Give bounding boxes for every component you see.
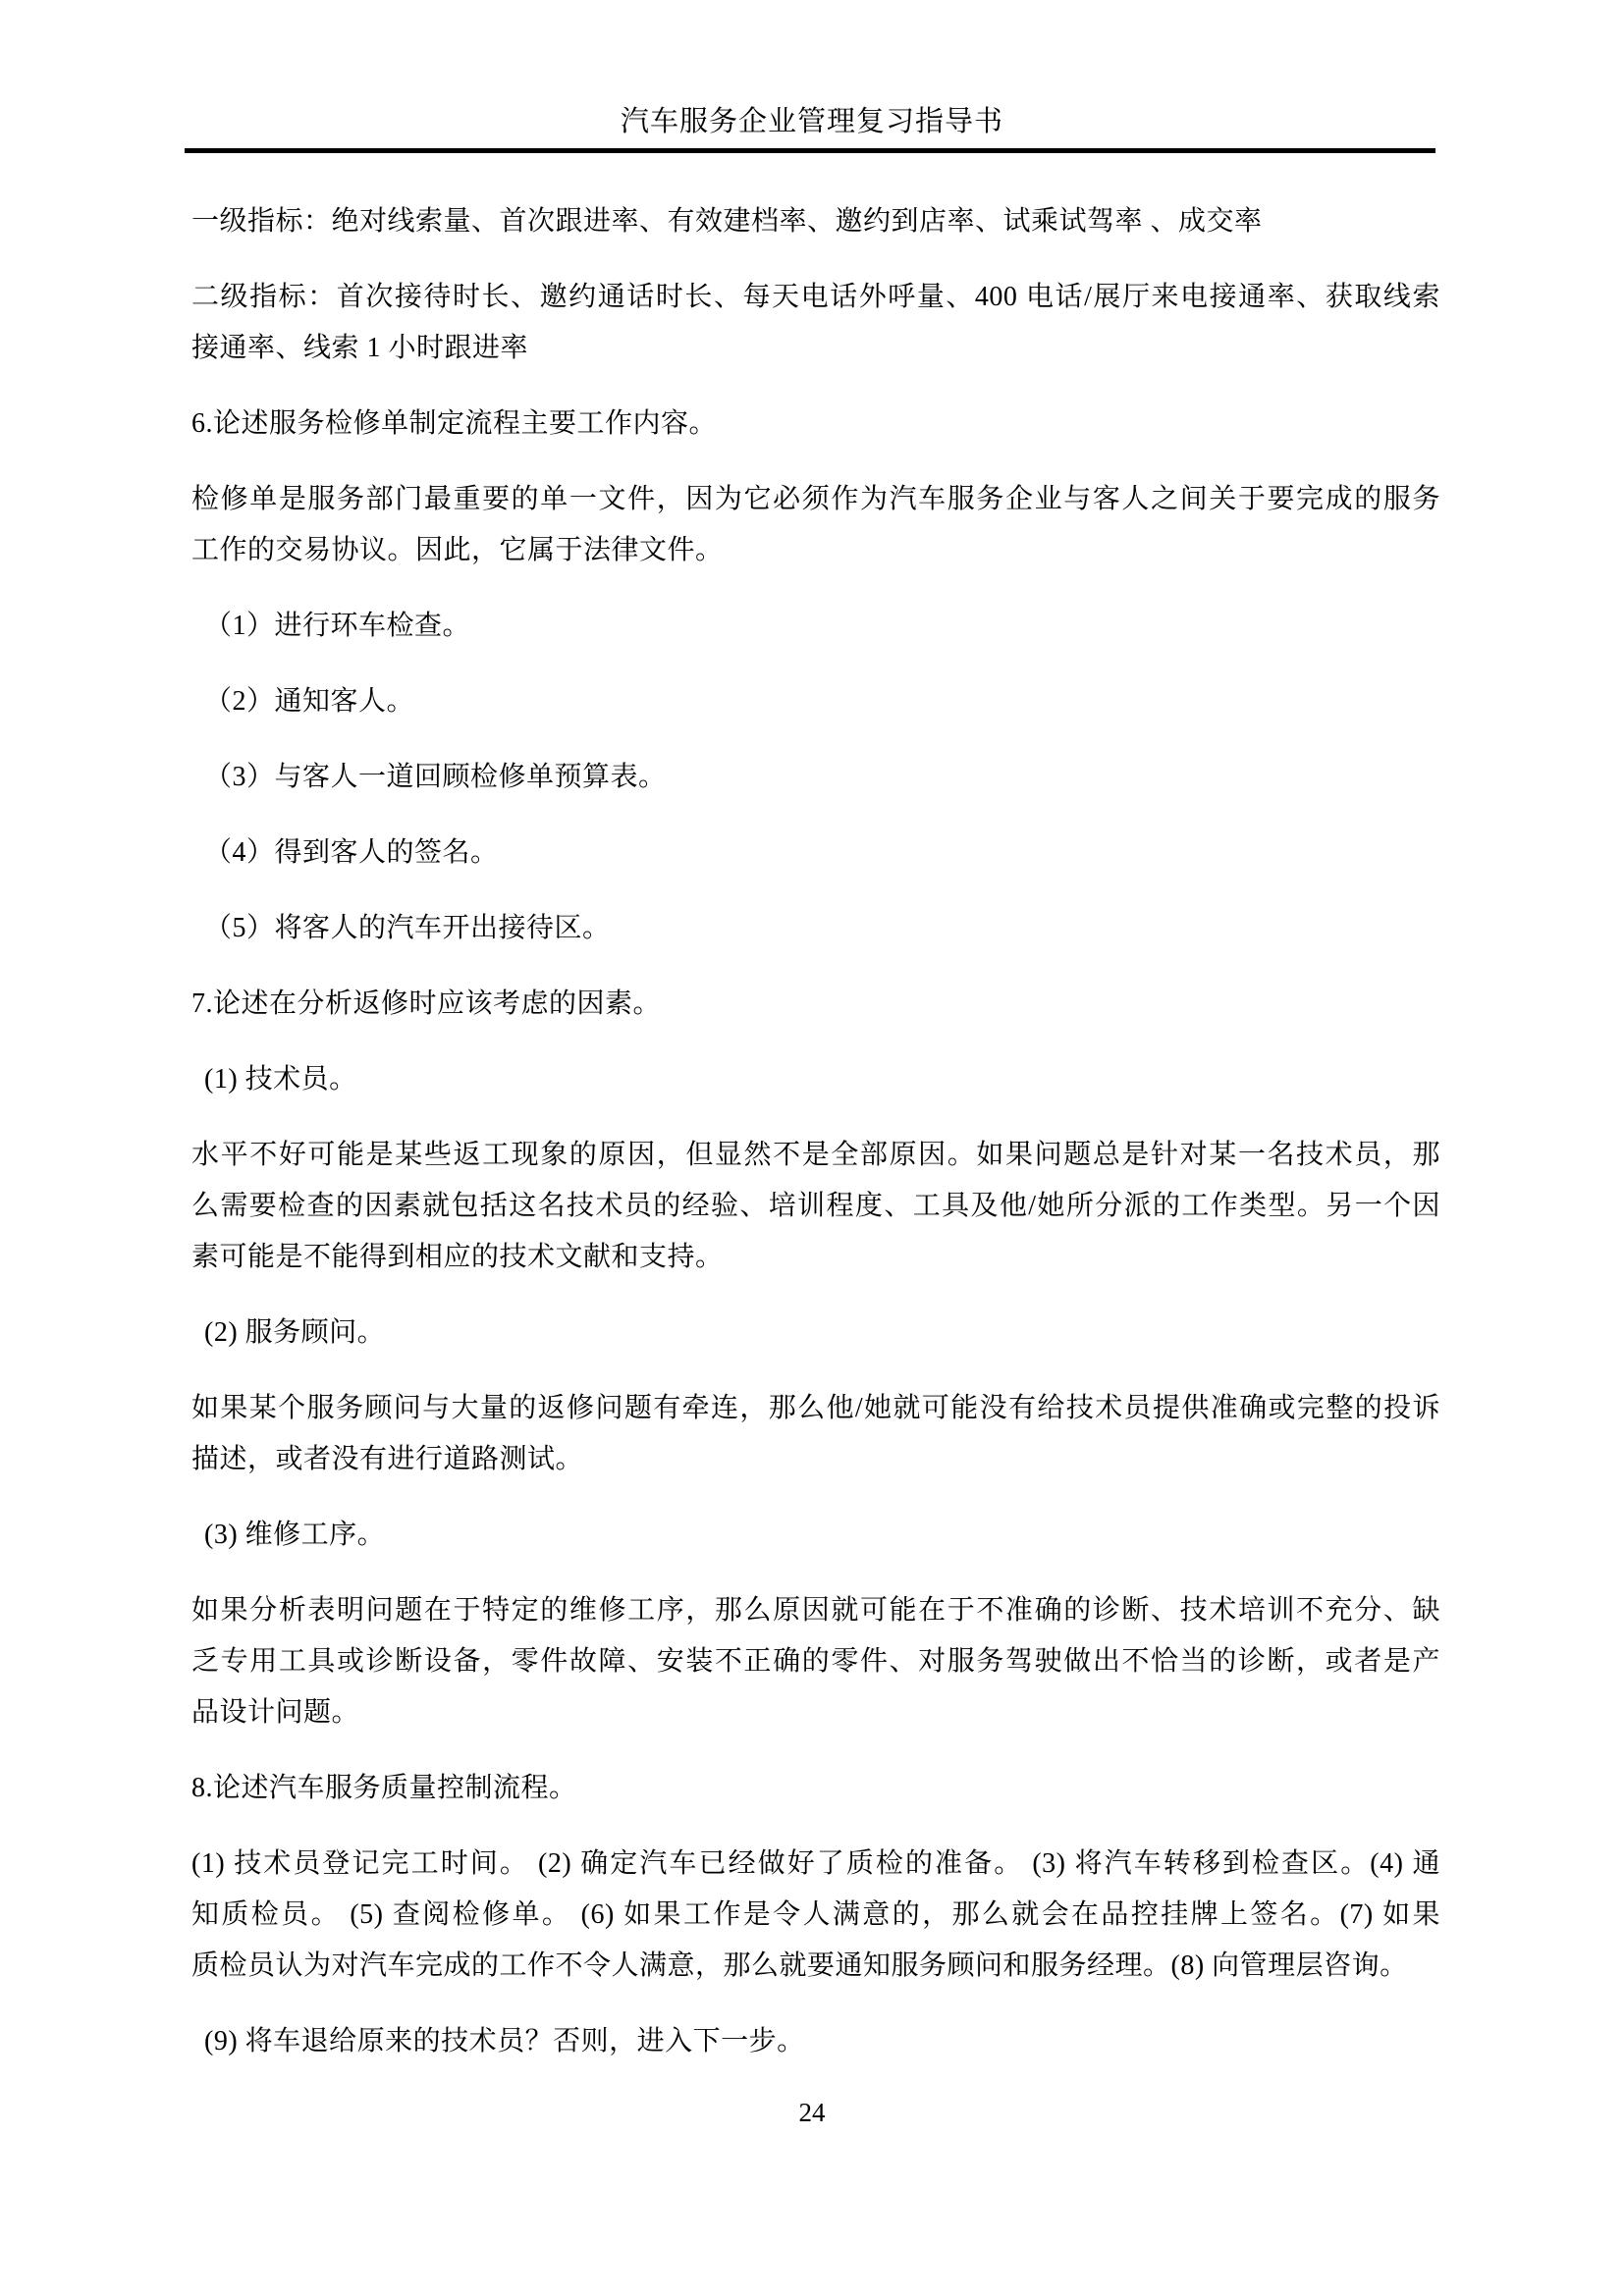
paragraph: (9) 将车退给原来的技术员？否则，进入下一步。 bbox=[191, 2016, 1440, 2067]
text-line: 6.论述服务检修单制定流程主要工作内容。 bbox=[191, 399, 1440, 450]
text-line: （3）与客人一道回顾检修单预算表。 bbox=[204, 752, 1440, 803]
text-line: 水平不好可能是某些返工现象的原因，但显然不是全部原因。如果问题总是针对某一名技术… bbox=[191, 1130, 1440, 1181]
paragraph: 检修单是服务部门最重要的单一文件，因为它必须作为汽车服务企业与客人之间关于要完成… bbox=[191, 474, 1440, 576]
text-line: 知质检员。 (5) 查阅检修单。 (6) 如果工作是令人满意的，那么就会在品控挂… bbox=[191, 1890, 1440, 1941]
text-line: 如果分析表明问题在于特定的维修工序，那么原因就可能在于不准确的诊断、技术培训不充… bbox=[191, 1585, 1440, 1636]
paragraph: (1) 技术员登记完工时间。 (2) 确定汽车已经做好了质检的准备。 (3) 将… bbox=[191, 1839, 1440, 1992]
text-line: 工作的交易协议。因此，它属于法律文件。 bbox=[191, 525, 1440, 576]
text-line: 8.论述汽车服务质量控制流程。 bbox=[191, 1763, 1440, 1814]
paragraph: (2) 服务顾问。 bbox=[191, 1308, 1440, 1359]
page-number: 24 bbox=[0, 2095, 1624, 2130]
paragraph: 一级指标：绝对线索量、首次跟进率、有效建档率、邀约到店率、试乘试驾率 、成交率 bbox=[191, 196, 1440, 247]
text-line: 质检员认为对汽车完成的工作不令人满意，那么就要通知服务顾问和服务经理。(8) 向… bbox=[191, 1941, 1440, 1992]
text-line: 检修单是服务部门最重要的单一文件，因为它必须作为汽车服务企业与客人之间关于要完成… bbox=[191, 474, 1440, 525]
paragraph: （4）得到客人的签名。 bbox=[191, 828, 1440, 879]
paragraph: (1) 技术员。 bbox=[191, 1054, 1440, 1105]
text-line: 接通率、线索 1 小时跟进率 bbox=[191, 323, 1440, 374]
text-line: (9) 将车退给原来的技术员？否则，进入下一步。 bbox=[204, 2016, 1440, 2067]
paragraph: （2）通知客人。 bbox=[191, 676, 1440, 727]
text-line: 如果某个服务顾问与大量的返修问题有牵连，那么他/她就可能没有给技术员提供准确或完… bbox=[191, 1383, 1440, 1434]
text-line: （4）得到客人的签名。 bbox=[204, 828, 1440, 879]
text-line: (1) 技术员登记完工时间。 (2) 确定汽车已经做好了质检的准备。 (3) 将… bbox=[191, 1839, 1440, 1890]
header-title: 汽车服务企业管理复习指导书 bbox=[0, 104, 1624, 139]
text-line: (1) 技术员。 bbox=[204, 1054, 1440, 1105]
text-line: 么需要检查的因素就包括这名技术员的经验、培训程度、工具及他/她所分派的工作类型。… bbox=[191, 1181, 1440, 1232]
text-line: (2) 服务顾问。 bbox=[204, 1308, 1440, 1359]
text-line: （2）通知客人。 bbox=[204, 676, 1440, 727]
document-body: 一级指标：绝对线索量、首次跟进率、有效建档率、邀约到店率、试乘试驾率 、成交率二… bbox=[191, 196, 1440, 2092]
paragraph: 如果分析表明问题在于特定的维修工序，那么原因就可能在于不准确的诊断、技术培训不充… bbox=[191, 1585, 1440, 1738]
text-line: 二级指标：首次接待时长、邀约通话时长、每天电话外呼量、400 电话/展厅来电接通… bbox=[191, 272, 1440, 323]
text-line: （5）将客人的汽车开出接待区。 bbox=[204, 903, 1440, 954]
paragraph: 6.论述服务检修单制定流程主要工作内容。 bbox=[191, 399, 1440, 450]
paragraph: （3）与客人一道回顾检修单预算表。 bbox=[191, 752, 1440, 803]
text-line: （1）进行环车检查。 bbox=[204, 601, 1440, 652]
text-line: (3) 维修工序。 bbox=[204, 1510, 1440, 1561]
text-line: 描述，或者没有进行道路测试。 bbox=[191, 1434, 1440, 1485]
paragraph: 8.论述汽车服务质量控制流程。 bbox=[191, 1763, 1440, 1814]
paragraph: （5）将客人的汽车开出接待区。 bbox=[191, 903, 1440, 954]
paragraph: 二级指标：首次接待时长、邀约通话时长、每天电话外呼量、400 电话/展厅来电接通… bbox=[191, 272, 1440, 374]
paragraph: (3) 维修工序。 bbox=[191, 1510, 1440, 1561]
text-line: 一级指标：绝对线索量、首次跟进率、有效建档率、邀约到店率、试乘试驾率 、成交率 bbox=[191, 196, 1440, 247]
paragraph: 如果某个服务顾问与大量的返修问题有牵连，那么他/她就可能没有给技术员提供准确或完… bbox=[191, 1383, 1440, 1485]
document-page: 汽车服务企业管理复习指导书 一级指标：绝对线索量、首次跟进率、有效建档率、邀约到… bbox=[0, 0, 1624, 2296]
text-line: 乏专用工具或诊断设备，零件故障、安装不正确的零件、对服务驾驶做出不恰当的诊断，或… bbox=[191, 1636, 1440, 1687]
text-line: 7.论述在分析返修时应该考虑的因素。 bbox=[191, 979, 1440, 1030]
text-line: 素可能是不能得到相应的技术文献和支持。 bbox=[191, 1232, 1440, 1283]
text-line: 品设计问题。 bbox=[191, 1687, 1440, 1738]
paragraph: 水平不好可能是某些返工现象的原因，但显然不是全部原因。如果问题总是针对某一名技术… bbox=[191, 1130, 1440, 1283]
header-rule bbox=[185, 148, 1435, 153]
paragraph: （1）进行环车检查。 bbox=[191, 601, 1440, 652]
paragraph: 7.论述在分析返修时应该考虑的因素。 bbox=[191, 979, 1440, 1030]
